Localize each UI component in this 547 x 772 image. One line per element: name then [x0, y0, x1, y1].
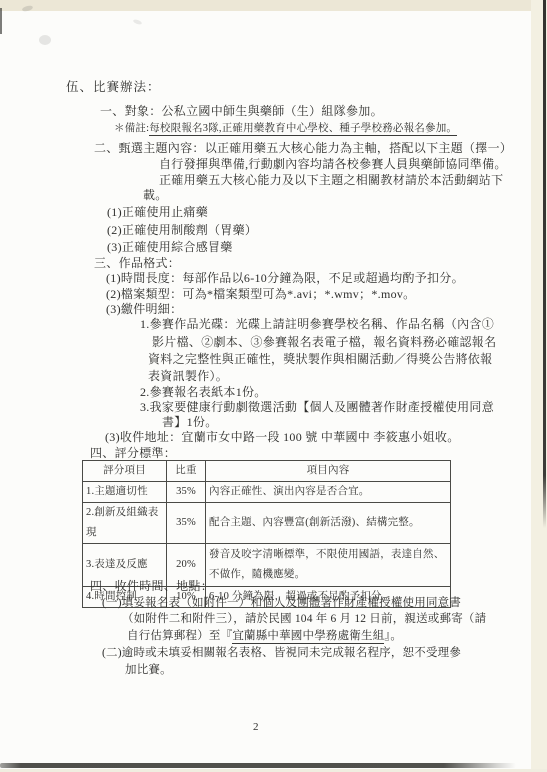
scan-top-edge: [0, 0, 547, 11]
line-format-filetype: (2)檔案類型：可為*檔案類型可為*.avi；*.wmv；*.mov。: [106, 288, 416, 301]
table-cell-item: 2.創新及組織表現: [83, 503, 167, 544]
table-cell-weight: 35%: [167, 482, 206, 503]
note-prefix: ＊備註:: [114, 123, 149, 134]
table-cell-content: 發音及咬字清晰標準，不限使用國語，表達自然、不做作，隨機應變。: [206, 544, 451, 587]
scanned-page: 伍、比賽辦法： 一、對象：公私立國中師生與藥師（生）組隊參加。 ＊備註:每校限報…: [0, 0, 547, 772]
scan-smudge: [39, 35, 51, 45]
line-scoring-title: 四、評分標準：: [90, 447, 176, 460]
deadline-3-prefix: 自行估算郵程）至『: [127, 630, 232, 642]
line-theme-1: 二、甄選主題內容：以正確用藥五大核心能力為主軸，搭配以下主題（擇一）: [94, 142, 512, 155]
table-header-row: 評分項目 比重 項目內容: [83, 461, 451, 482]
deadline-3-suffix: 』。: [384, 630, 402, 642]
line-submission-1c: 資料之完整性與正確性，獎狀製作與相關活動／得獎公告將依報: [148, 353, 492, 366]
section-heading: 伍、比賽辦法：: [66, 81, 161, 94]
line-submission-1d: 表資訊製作）。: [148, 370, 228, 383]
line-submission-2: 2.參賽報名表紙本1份。: [140, 386, 267, 399]
table-row: 1.主題適切性 35% 內容正確性、演出內容是否合宜。: [83, 482, 451, 503]
table-row: 2.創新及組織表現 35% 配合主題、內容豐富(創新活潑)、結構完整。: [83, 503, 451, 544]
line-deadline-3: 自行估算郵程）至『宜蘭縣中華國中學務處衛生組』。: [127, 630, 402, 643]
line-deadline-2: （如附件二和附件三），請於民國 104 年 6 月 12 日前，親送或郵寄（請: [122, 613, 486, 626]
page-number: 2: [253, 721, 259, 733]
line-theme-2: 自行發揮與準備,行動劇內容均請各校參賽人員與藥師協同準備。: [159, 158, 507, 171]
line-topic-2: (2)正確使用制酸劑（胃藥）: [107, 224, 257, 237]
table-header-item: 評分項目: [83, 461, 167, 482]
line-mailing-address: (3)收件地址：宜蘭市女中路一段 100 號 中華國中 李筱惠小姐收。: [105, 431, 460, 444]
scan-edge-mark: [0, 8, 2, 34]
line-theme-3: 正確用藥五大核心能力及以下主題之相關教材請於本活動網站下: [159, 174, 503, 187]
table-cell-content: 內容正確性、演出內容是否合宜。: [206, 482, 451, 503]
scan-right-edge: [543, 0, 546, 528]
table-header-weight: 比重: [167, 461, 206, 482]
deadline-3-underlined: 宜蘭縣中華國中學務處衛生組: [232, 630, 384, 644]
line-deadline-title: 四、收件時間、地點：: [90, 580, 213, 593]
line-target-audience: 一、對象：公私立國中師生與藥師（生）組隊參加。: [100, 105, 383, 118]
line-deadline-5: 加比賽。: [125, 664, 172, 677]
line-submission-1a: 1.參賽作品光碟：光碟上請註明參賽學校名稱、作品名稱（內含①: [140, 318, 494, 331]
line-format-duration: (1)時間長度：每部作品以6-10分鐘為限，不足或超過均酌予扣分。: [106, 272, 464, 285]
line-theme-4: 載。: [143, 189, 168, 202]
line-deadline-1: (一)填妥報名表（如附件一）和個人及團體著作財產權授權使用同意書: [102, 597, 461, 610]
line-topic-3: (3)正確使用綜合感冒藥: [107, 241, 233, 254]
table-cell-item: 1.主題適切性: [83, 482, 167, 503]
table-cell-content: 配合主題、內容豐富(創新活潑)、結構完整。: [206, 503, 451, 544]
line-topic-1: (1)正確使用止痛藥: [107, 206, 208, 219]
note-underlined-text: 每校限報名3隊,正確用藥教育中心學校、種子學校務必報名參加。: [149, 123, 457, 136]
table-header-content: 項目內容: [206, 461, 451, 482]
line-submission-3a: 3.我家要健康行動劇徵選活動【個人及團體著作財產授權使用同意: [140, 401, 494, 414]
scan-smudge: [133, 19, 143, 26]
line-submission-1b: 影片檔、②劇本、③參賽報名表電子檔，報名資料務必確認報名: [152, 336, 496, 349]
line-format-title: 三、作品格式：: [94, 257, 180, 270]
scan-bottom-edge: [0, 763, 516, 768]
table-cell-weight: 35%: [167, 503, 206, 544]
line-submission-3b: 書】1份。: [162, 416, 218, 429]
line-submission-title: (3)繳件明細：: [106, 303, 182, 316]
line-note: ＊備註:每校限報名3隊,正確用藥教育中心學校、種子學校務必報名參加。: [114, 122, 457, 135]
line-deadline-4: (二)逾時或未填妥相關報名表格、皆視同未完成報名程序，恕不受理參: [102, 647, 461, 660]
